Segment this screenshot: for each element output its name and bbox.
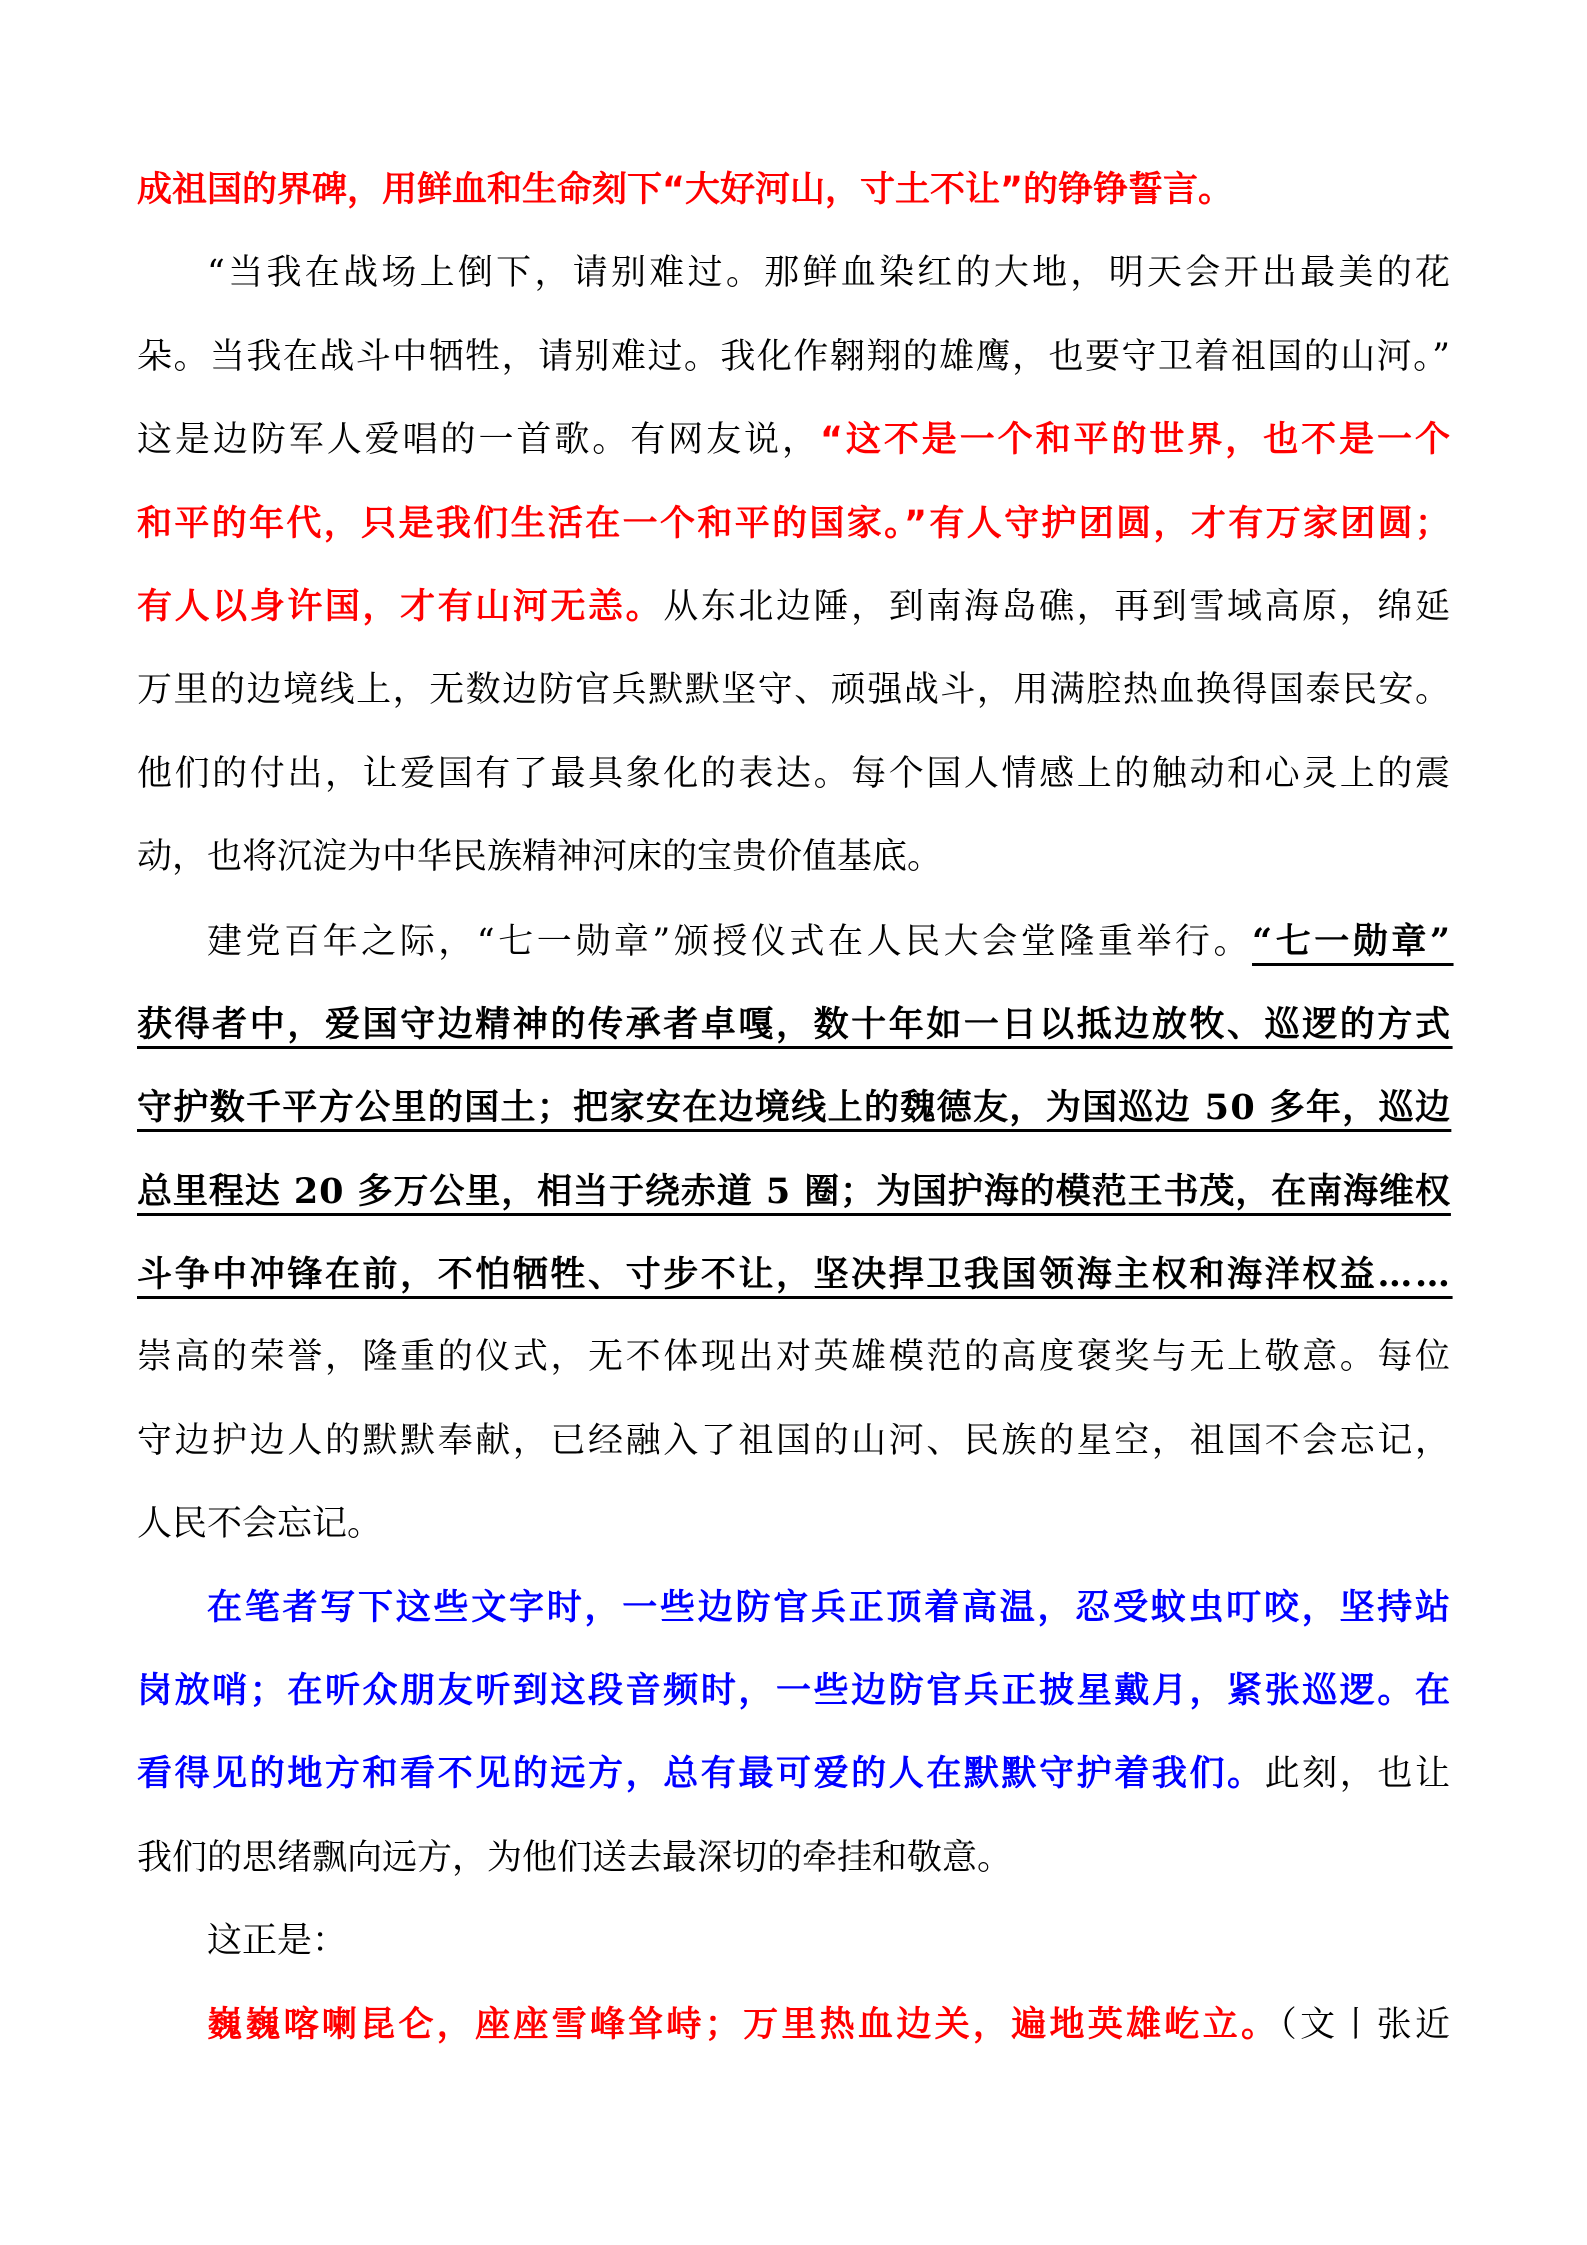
underlined-bold-text: “七一勋章”	[1252, 921, 1454, 962]
text-line: 有人以身许国，才有山河无恙。从东北边陲，到南海岛礁，再到雪域高原，绵延	[137, 566, 1450, 649]
text-line: 他们的付出，让爱国有了最具象化的表达。每个国人情感上的触动和心灵上的震	[137, 733, 1450, 816]
emphasis-blue-text: 岗放哨；在听众朋友听到这段音频时，一些边防官兵正披星戴月，紧张巡逻。在	[137, 1671, 1453, 1711]
emphasis-red-text: 巍巍喀喇昆仑，座座雪峰耸峙；万里热血边关，遍地英雄屹立。	[207, 2005, 1279, 2045]
text-line: 这是边防军人爱唱的一首歌。有网友说，“这不是一个和平的世界，也不是一个	[137, 399, 1450, 482]
body-text: 动，也将沉淀为中华民族精神河床的宝贵价值基底。	[137, 837, 942, 877]
text-line: 和平的年代，只是我们生活在一个和平的国家。”有人守护团圆，才有万家团圆；	[137, 483, 1450, 566]
body-text: 从东北边陲，到南海岛礁，再到雪域高原，绵延	[663, 587, 1452, 627]
article-body: 成祖国的界碑，用鲜血和生命刻下“大好河山，寸土不让”的铮铮誓言。“当我在战场上倒…	[137, 149, 1450, 2067]
underlined-bold-text: 总里程达 20 多万公里，相当于绕赤道 5 圈；为国护海的模范王书茂，在南海维权	[137, 1171, 1451, 1212]
text-line: 守护数千平方公里的国土；把家安在边境线上的魏德友，为国巡边 50 多年，巡边	[137, 1066, 1450, 1149]
text-line: 万里的边境线上，无数边防官兵默默坚守、顽强战斗，用满腔热血换得国泰民安。	[137, 649, 1450, 732]
text-line: 成祖国的界碑，用鲜血和生命刻下“大好河山，寸土不让”的铮铮誓言。	[137, 149, 1450, 232]
text-line: 人民不会忘记。	[137, 1483, 1450, 1566]
text-line: 守边护边人的默默奉献，已经融入了祖国的山河、民族的星空，祖国不会忘记，	[137, 1400, 1450, 1483]
text-line: 崇高的荣誉，隆重的仪式，无不体现出对英雄模范的高度褒奖与无上敬意。每位	[137, 1316, 1450, 1399]
body-text: 人民不会忘记。	[137, 1504, 382, 1544]
emphasis-blue-text: 看得见的地方和看不见的远方，总有最可爱的人在默默守护着我们。	[137, 1754, 1265, 1794]
body-text: 这是边防军人爱唱的一首歌。有网友说，	[137, 420, 820, 460]
emphasis-blue-text: 在笔者写下这些文字时，一些边防官兵正顶着高温，忍受蚊虫叮咬，坚持站	[207, 1588, 1453, 1628]
text-line: 总里程达 20 多万公里，相当于绕赤道 5 圈；为国护海的模范王书茂，在南海维权	[137, 1150, 1450, 1233]
text-line: “当我在战场上倒下，请别难过。那鲜血染红的大地，明天会开出最美的花	[137, 232, 1450, 315]
body-text: “当我在战场上倒下，请别难过。那鲜血染红的大地，明天会开出最美的花	[207, 253, 1453, 293]
underlined-bold-text: 守护数千平方公里的国土；把家安在边境线上的魏德友，为国巡边 50 多年，巡边	[137, 1087, 1451, 1128]
text-line: 在笔者写下这些文字时，一些边防官兵正顶着高温，忍受蚊虫叮咬，坚持站	[137, 1567, 1450, 1650]
body-text: 此刻，也让	[1265, 1754, 1453, 1794]
emphasis-red-text: 和平的年代，只是我们生活在一个和平的国家。”有人守护团圆，才有万家团圆；	[137, 504, 1452, 544]
text-line: 岗放哨；在听众朋友听到这段音频时，一些边防官兵正披星戴月，紧张巡逻。在	[137, 1650, 1450, 1733]
text-line: 动，也将沉淀为中华民族精神河床的宝贵价值基底。	[137, 816, 1450, 899]
text-line: 获得者中，爱国守边精神的传承者卓嘎，数十年如一日以抵边放牧、巡逻的方式	[137, 983, 1450, 1066]
text-line: 我们的思绪飘向远方，为他们送去最深切的牵挂和敬意。	[137, 1817, 1450, 1900]
body-text: 朵。当我在战斗中牺牲，请别难过。我化作翱翔的雄鹰，也要守卫着祖国的山河。”	[137, 337, 1451, 377]
emphasis-red-text: 成祖国的界碑，用鲜血和生命刻下“大好河山，寸土不让”的铮铮誓言。	[137, 170, 1233, 210]
text-line: 斗争中冲锋在前，不怕牺牲、寸步不让，坚决捍卫我国领海主权和海洋权益……	[137, 1233, 1450, 1316]
body-text: 守边护边人的默默奉献，已经融入了祖国的山河、民族的星空，祖国不会忘记，	[137, 1421, 1453, 1461]
text-line: 朵。当我在战斗中牺牲，请别难过。我化作翱翔的雄鹰，也要守卫着祖国的山河。”	[137, 316, 1450, 399]
emphasis-red-text: “这不是一个和平的世界，也不是一个	[820, 420, 1453, 460]
body-text: 他们的付出，让爱国有了最具象化的表达。每个国人情感上的触动和心灵上的震	[137, 754, 1453, 794]
body-text: 这正是：	[207, 1921, 347, 1961]
body-text: （文丨张近	[1279, 2005, 1453, 2045]
text-line: 巍巍喀喇昆仑，座座雪峰耸峙；万里热血边关，遍地英雄屹立。（文丨张近	[137, 1984, 1450, 2067]
body-text: 建党百年之际，“七一勋章”颁授仪式在人民大会堂隆重举行。	[207, 922, 1252, 962]
text-line: 看得见的地方和看不见的远方，总有最可爱的人在默默守护着我们。此刻，也让	[137, 1733, 1450, 1816]
document-page: 成祖国的界碑，用鲜血和生命刻下“大好河山，寸土不让”的铮铮誓言。“当我在战场上倒…	[0, 0, 1587, 2245]
body-text: 我们的思绪飘向远方，为他们送去最深切的牵挂和敬意。	[137, 1838, 1012, 1878]
underlined-bold-text: 斗争中冲锋在前，不怕牺牲、寸步不让，坚决捍卫我国领海主权和海洋权益……	[137, 1254, 1453, 1295]
underlined-bold-text: 获得者中，爱国守边精神的传承者卓嘎，数十年如一日以抵边放牧、巡逻的方式	[137, 1004, 1453, 1045]
text-line: 建党百年之际，“七一勋章”颁授仪式在人民大会堂隆重举行。“七一勋章”	[137, 900, 1450, 983]
text-line: 这正是：	[137, 1900, 1450, 1983]
emphasis-red-text: 有人以身许国，才有山河无恙。	[137, 587, 663, 627]
body-text: 万里的边境线上，无数边防官兵默默坚守、顽强战斗，用满腔热血换得国泰民安。	[137, 670, 1452, 710]
body-text: 崇高的荣誉，隆重的仪式，无不体现出对英雄模范的高度褒奖与无上敬意。每位	[137, 1337, 1453, 1377]
